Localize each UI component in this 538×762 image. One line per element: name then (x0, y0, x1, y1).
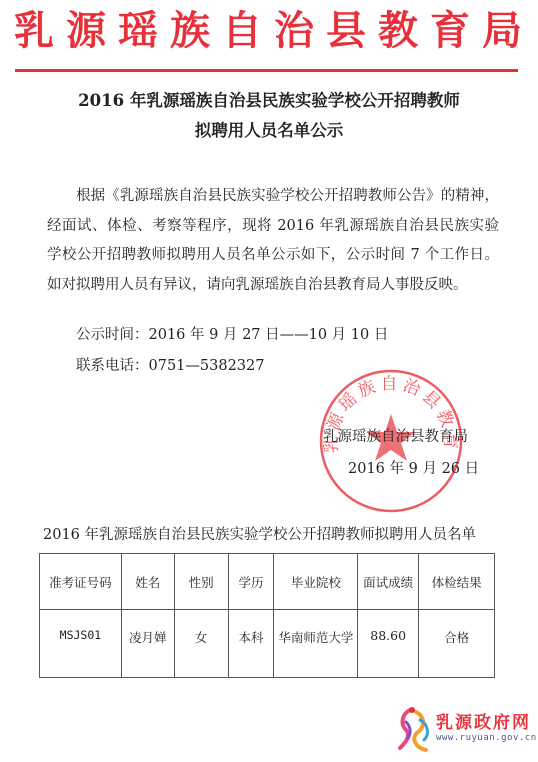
column-header-education: 学历 (228, 554, 274, 610)
publicity-period: 公示时间：2016 年 9 月 27 日——10 月 10 日 (76, 325, 388, 345)
roster-caption: 2016 年乳源瑶族自治县民族实验学校公开招聘教师拟聘用人员名单 (43, 523, 476, 544)
roster-table: 准考证号码 姓名 性别 学历 毕业院校 面试成绩 体检结果 MSJS01 凌月婵… (39, 553, 495, 678)
site-url: www.ruyuan.gov.cn (436, 733, 537, 743)
body-text: 根据《乳源瑶族自治县民族实验学校公开招聘教师公告》的精神，经面试、体检、考察等程… (47, 188, 499, 293)
column-header-school: 毕业院校 (274, 554, 358, 610)
body-paragraph: 根据《乳源瑶族自治县民族实验学校公开招聘教师公告》的精神，经面试、体检、考察等程… (47, 182, 499, 300)
cell-education: 本科 (228, 610, 274, 678)
column-header-interview-score: 面试成绩 (358, 554, 419, 610)
document-title-line2: 拟聘用人员名单公示 (0, 120, 538, 142)
contact-phone: 联系电话：0751—5382327 (76, 356, 264, 376)
site-name: 乳源政府网 (436, 708, 531, 733)
cell-physical-result: 合格 (419, 610, 495, 678)
signature-organization: 乳源瑶族自治县教育局 (323, 425, 468, 446)
site-watermark: 乳源政府网 www.ruyuan.gov.cn (396, 702, 536, 756)
column-header-physical-result: 体检结果 (419, 554, 495, 610)
cell-school: 华南师范大学 (274, 610, 358, 678)
masthead-divider (15, 69, 518, 72)
masthead-title: 乳源瑶族自治县教育局 (0, 8, 538, 54)
cell-gender: 女 (174, 610, 228, 678)
signature-date: 2016 年 9 月 26 日 (348, 457, 479, 478)
document-title-line1: 2016 年乳源瑶族自治县民族实验学校公开招聘教师 (0, 90, 538, 112)
dragon-logo-icon (396, 702, 434, 756)
column-header-gender: 性别 (174, 554, 228, 610)
table-row: MSJS01 凌月婵 女 本科 华南师范大学 88.60 合格 (40, 610, 495, 678)
cell-exam-id: MSJS01 (40, 610, 122, 678)
column-header-name: 姓名 (121, 554, 174, 610)
column-header-exam-id: 准考证号码 (40, 554, 122, 610)
cell-name: 凌月婵 (121, 610, 174, 678)
table-header-row: 准考证号码 姓名 性别 学历 毕业院校 面试成绩 体检结果 (40, 554, 495, 610)
cell-interview-score: 88.60 (358, 610, 419, 678)
